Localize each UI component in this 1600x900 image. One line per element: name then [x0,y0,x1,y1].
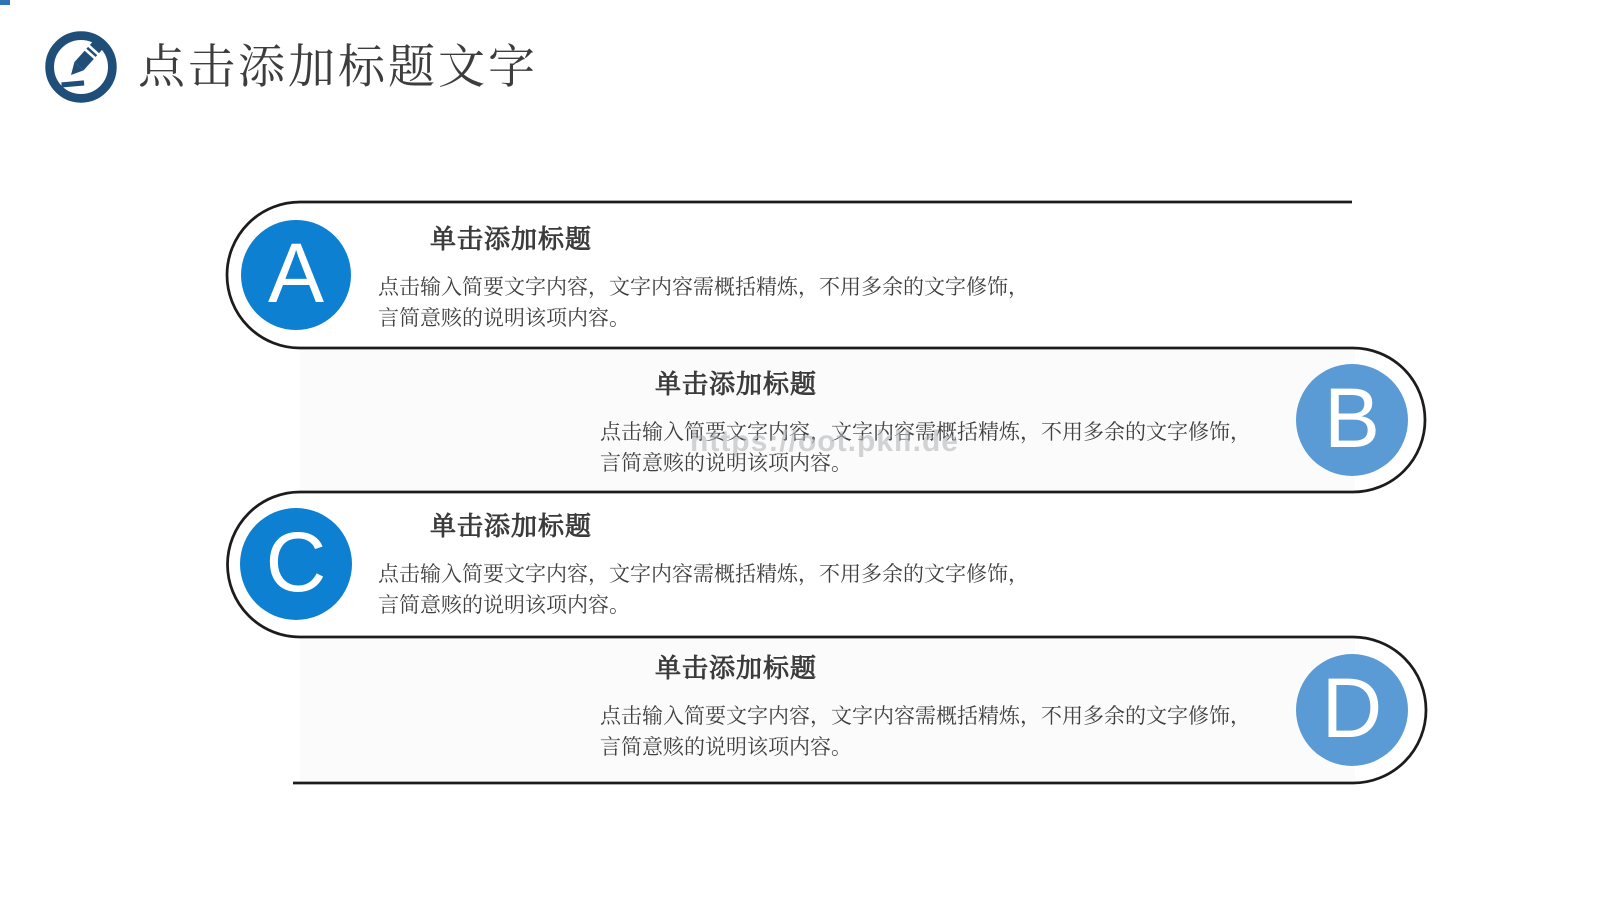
step-title-d[interactable]: 单击添加标题 [655,648,1251,685]
step-body-a-line2[interactable]: 言简意赅的说明该项内容。 [378,303,1029,334]
step-title-c[interactable]: 单击添加标题 [430,506,1029,543]
page-title[interactable]: 点击添加标题文字 [138,30,538,104]
step-body-d-line1[interactable]: 点击输入简要文字内容，文字内容需概括精炼，不用多余的文字修饰， [600,701,1251,732]
step-circle-a[interactable]: A [241,220,351,330]
step-text-a: 单击添加标题 点击输入简要文字内容，文字内容需概括精炼，不用多余的文字修饰， 言… [378,219,1029,334]
step-text-d: 单击添加标题 点击输入简要文字内容，文字内容需概括精炼，不用多余的文字修饰， 言… [600,648,1251,763]
step-body-c-line2[interactable]: 言简意赅的说明该项内容。 [378,590,1029,621]
step-body-a-line1[interactable]: 点击输入简要文字内容，文字内容需概括精炼，不用多余的文字修饰， [378,272,1029,303]
step-title-b[interactable]: 单击添加标题 [655,364,1251,401]
step-body-c-line1[interactable]: 点击输入简要文字内容，文字内容需概括精炼，不用多余的文字修饰， [378,559,1029,590]
pencil-edit-icon [44,30,118,104]
step-circle-d[interactable]: D [1296,654,1408,766]
step-text-b: 单击添加标题 点击输入简要文字内容，文字内容需概括精炼，不用多余的文字修饰， 言… [600,364,1251,479]
step-circle-c[interactable]: C [240,508,352,620]
step-letter-d: D [1322,666,1383,750]
step-letter-b: B [1324,376,1380,460]
step-letter-a: A [268,231,324,315]
step-letter-c: C [266,520,327,604]
step-title-a[interactable]: 单击添加标题 [430,219,1029,256]
corner-accent-mark [0,0,10,5]
step-text-c: 单击添加标题 点击输入简要文字内容，文字内容需概括精炼，不用多余的文字修饰， 言… [378,506,1029,621]
slide-header: 点击添加标题文字 [44,30,538,104]
step-circle-b[interactable]: B [1296,364,1408,476]
watermark: https://oot.pkll.de [690,425,959,459]
step-body-d-line2[interactable]: 言简意赅的说明该项内容。 [600,732,1251,763]
slide-canvas: 点击添加标题文字 A B C D 单击添加标题 点击输入简要文字内容，文字内容需… [0,0,1600,900]
